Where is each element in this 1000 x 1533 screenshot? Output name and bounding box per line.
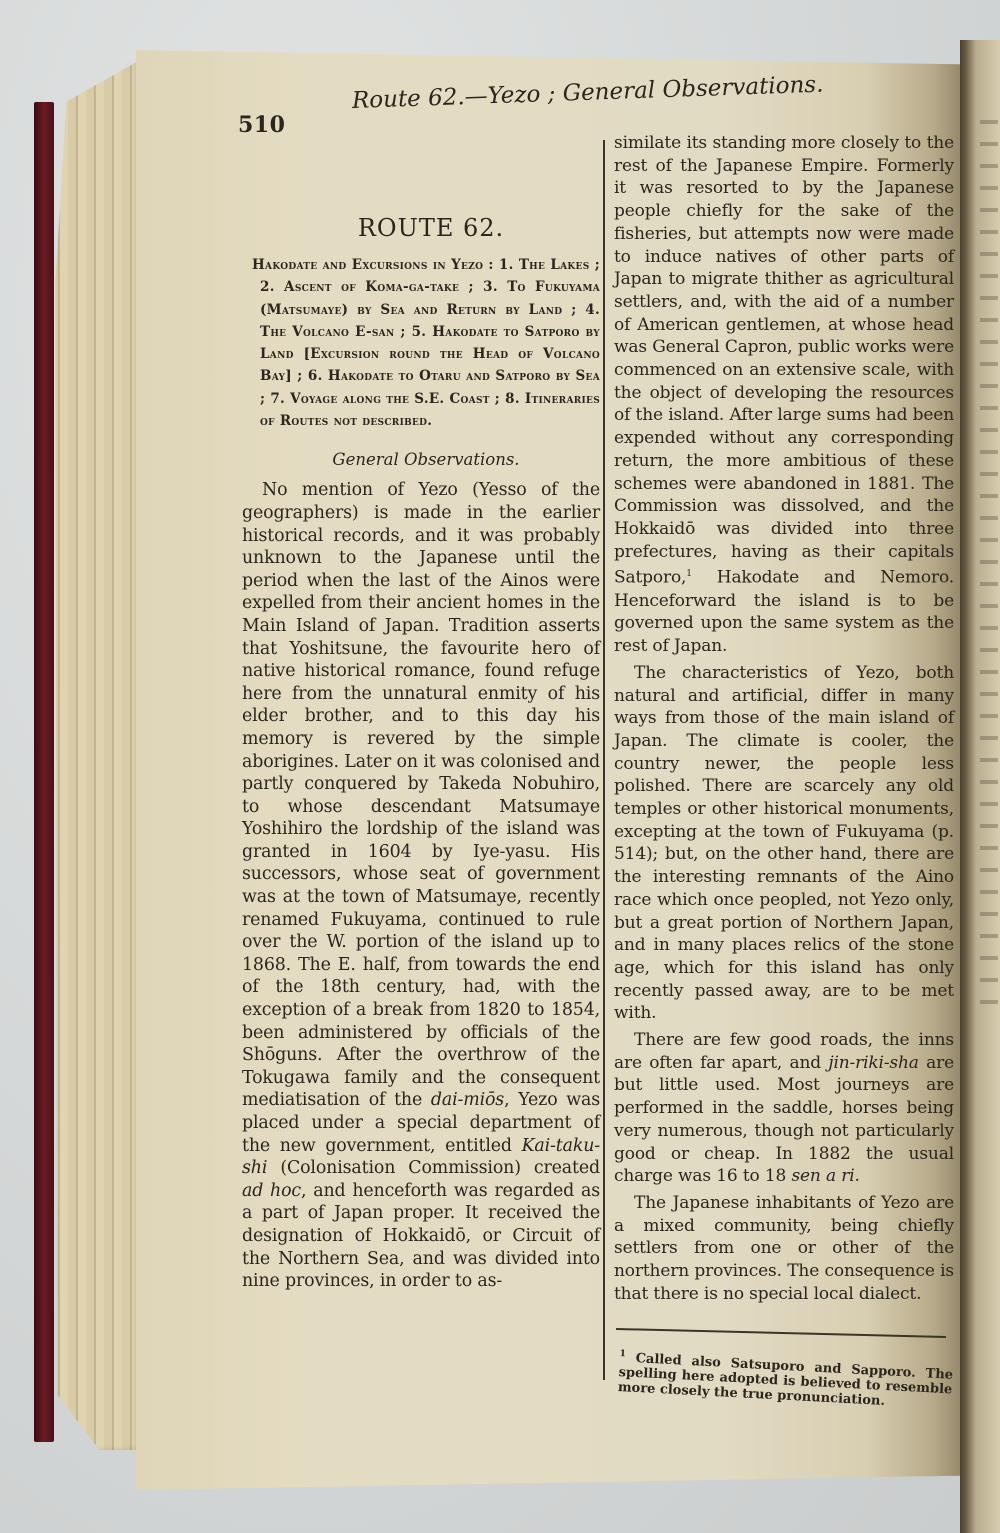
right-column: similate its standing more closely to th… (614, 132, 954, 1395)
left-column: ROUTE 62. Hakodate and Excursions in Yez… (242, 210, 600, 1293)
running-head: Route 62.—Yezo ; General Observations. (352, 72, 824, 114)
paragraph-history: No mention of Yezo (Yesso of the geograp… (242, 479, 600, 1292)
footnote: 1 Called also Satsuporo and Sapporo. The… (617, 1347, 953, 1413)
footnote-marker: 1 (619, 1349, 626, 1359)
term-sen-a-ri: sen a ri (791, 1166, 854, 1186)
term-ad-hoc: ad hoc (242, 1181, 301, 1201)
paragraph-characteristics: The characteristics of Yezo, both natura… (614, 662, 954, 1025)
page-number: 510 (238, 112, 285, 138)
paragraph-inhabitants: The Japanese inhabitants of Yezo are a m… (614, 1192, 954, 1306)
term-daimios: dai-miōs (431, 1090, 504, 1110)
route-title: ROUTE 62. (242, 214, 600, 242)
footnote-rule (616, 1327, 946, 1337)
paragraph-travel: There are few good roads, the inns are o… (614, 1029, 954, 1188)
footnote-text: Called also Satsuporo and Sapporo. The s… (617, 1351, 953, 1409)
page-content: 510 Route 62.—Yezo ; General Observation… (0, 0, 1000, 1533)
route-summary: Hakodate and Excursions in Yezo : 1. The… (242, 254, 600, 432)
paragraph-history-continued: similate its standing more closely to th… (614, 132, 954, 658)
section-heading: General Observations. (242, 450, 600, 469)
text-run: (Colonisation Commission) created (267, 1158, 600, 1178)
text-run: . (854, 1166, 859, 1186)
column-divider (603, 140, 605, 1380)
term-jinrikisha: jin-riki-sha (828, 1053, 918, 1073)
text-run: No mention of Yezo (Yesso of the geograp… (242, 480, 600, 1110)
text-run: similate its standing more closely to th… (614, 133, 954, 588)
